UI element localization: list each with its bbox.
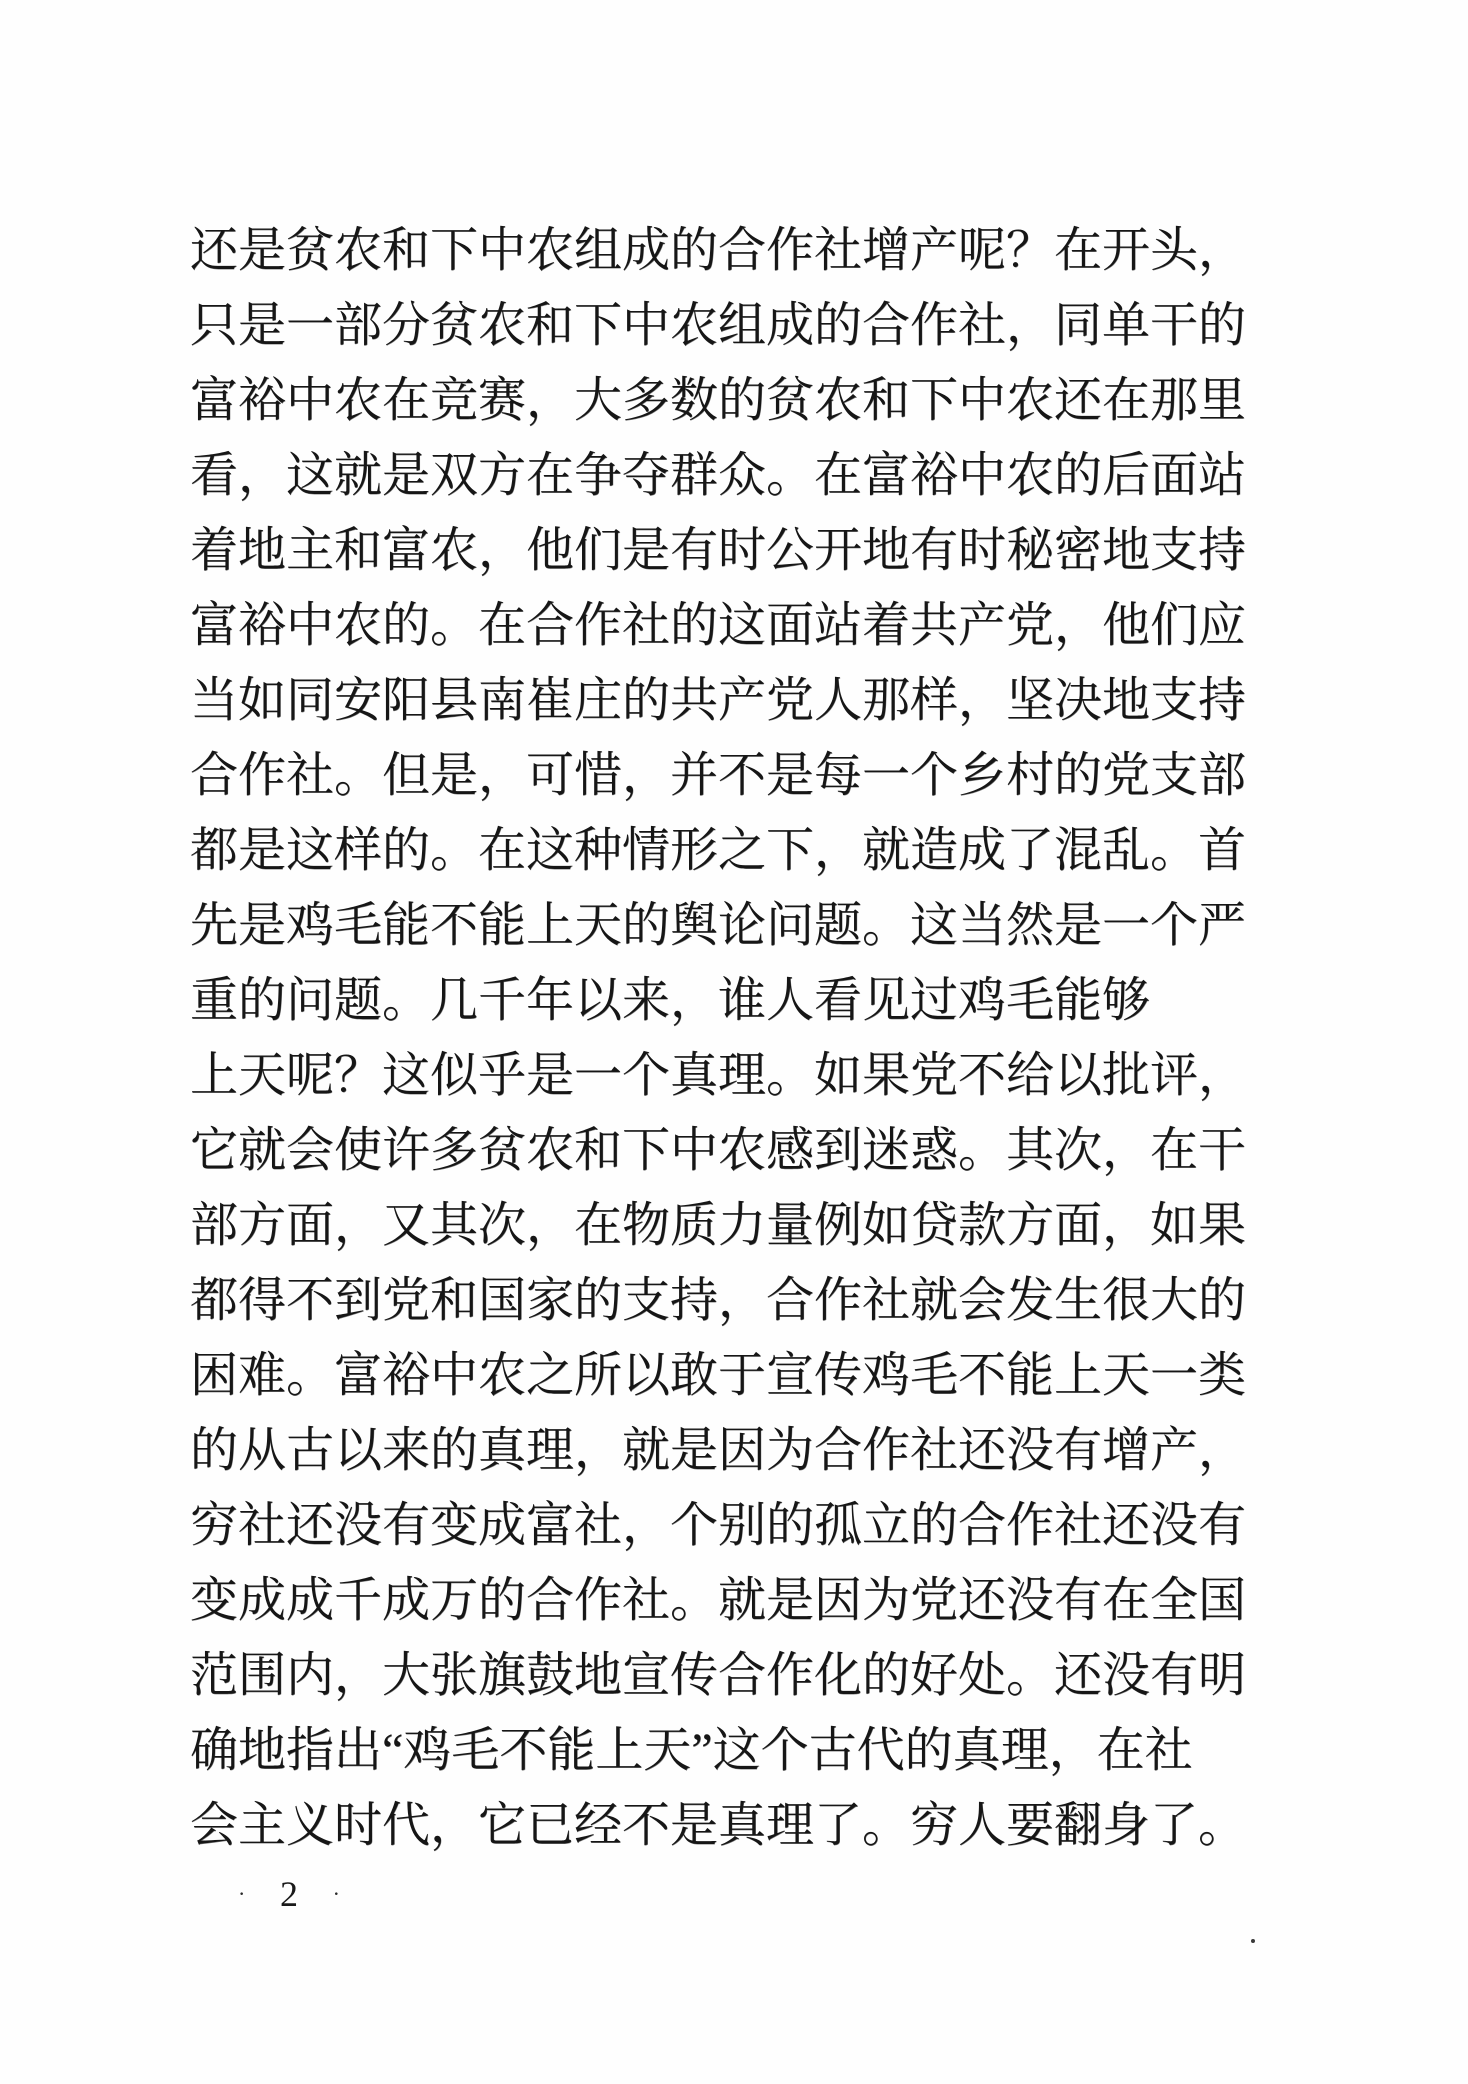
text-line: 部方面，又其次，在物质力量例如贷款方面，如果 bbox=[190, 1188, 1288, 1263]
text-line: 上天呢？这似乎是一个真理。如果党不给以批评， bbox=[190, 1038, 1288, 1113]
text-line: 都得不到党和国家的支持，合作社就会发生很大的 bbox=[190, 1263, 1288, 1338]
page-footer: · 2 · bbox=[238, 1872, 340, 1916]
footer-dot-right: · bbox=[333, 1883, 340, 1905]
text-line: 先是鸡毛能不能上天的舆论问题。这当然是一个严 bbox=[190, 888, 1288, 963]
text-line: 都是这样的。在这种情形之下，就造成了混乱。首 bbox=[190, 813, 1288, 888]
text-line: 富裕中农的。在合作社的这面站着共产党，他们应 bbox=[190, 588, 1288, 663]
scan-speck bbox=[1251, 1939, 1255, 1943]
text-line: 变成成千成万的合作社。就是因为党还没有在全国 bbox=[190, 1563, 1288, 1638]
text-line: 困难。富裕中农之所以敢于宣传鸡毛不能上天一类 bbox=[190, 1338, 1288, 1413]
text-line: 它就会使许多贫农和下中农感到迷惑。其次，在干 bbox=[190, 1113, 1288, 1188]
text-line: 会主义时代，它已经不是真理了。穷人要翻身了。 bbox=[190, 1788, 1288, 1863]
text-line: 当如同安阳县南崔庄的共产党人那样，坚决地支持 bbox=[190, 663, 1288, 738]
text-line: 的从古以来的真理，就是因为合作社还没有增产， bbox=[190, 1413, 1288, 1488]
text-line: 着地主和富农，他们是有时公开地有时秘密地支持 bbox=[190, 513, 1288, 588]
text-line: 看，这就是双方在争夺群众。在富裕中农的后面站 bbox=[190, 438, 1288, 513]
text-line: 重的问题。几千年以来，谁人看见过鸡毛能够 bbox=[190, 963, 1288, 1038]
text-line: 确地指出“鸡毛不能上天”这个古代的真理，在社 bbox=[190, 1713, 1288, 1788]
text-line: 只是一部分贫农和下中农组成的合作社，同单干的 bbox=[190, 288, 1288, 363]
page-number: 2 bbox=[280, 1876, 298, 1912]
text-line: 穷社还没有变成富社，个别的孤立的合作社还没有 bbox=[190, 1488, 1288, 1563]
text-line: 富裕中农在竞赛，大多数的贫农和下中农还在那里 bbox=[190, 363, 1288, 438]
text-line: 范围内，大张旗鼓地宣传合作化的好处。还没有明 bbox=[190, 1638, 1288, 1713]
body-text: 还是贫农和下中农组成的合作社增产呢？在开头， 只是一部分贫农和下中农组成的合作社… bbox=[190, 213, 1288, 1863]
footer-dot-left: · bbox=[238, 1883, 245, 1905]
text-line: 还是贫农和下中农组成的合作社增产呢？在开头， bbox=[190, 213, 1288, 288]
text-line: 合作社。但是，可惜，并不是每一个乡村的党支部 bbox=[190, 738, 1288, 813]
document-page: 还是贫农和下中农组成的合作社增产呢？在开头， 只是一部分贫农和下中农组成的合作社… bbox=[0, 0, 1468, 2084]
